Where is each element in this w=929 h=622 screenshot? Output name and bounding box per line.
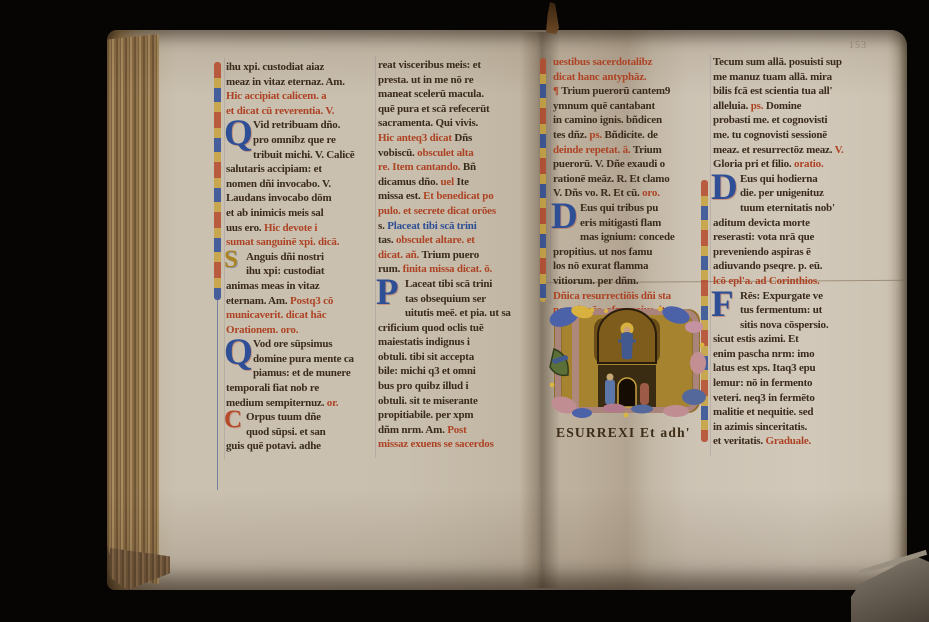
bookmark-ribbon xyxy=(546,2,559,34)
text-line: missaz exuens se sacerdos xyxy=(378,437,526,452)
text-line: vitiorum. per dñm. xyxy=(553,274,705,289)
body-text: dicamus dño. xyxy=(378,176,441,188)
text-line: eternam. Am. Postq3 cō xyxy=(226,294,374,309)
body-text: die. per unigenituz xyxy=(740,187,824,199)
page-number: 153 xyxy=(849,40,867,51)
rubric-text: ¶ xyxy=(553,85,561,97)
illuminated-initial-D: D xyxy=(711,168,738,208)
body-text: Trium puero xyxy=(421,249,479,261)
right-page-column-2: Tecum sum allā. posuisti supme manuz tua… xyxy=(713,55,865,449)
body-text: presta. ut in me nō re xyxy=(378,74,473,86)
body-text: eternam. Am. xyxy=(226,295,290,307)
body-text: temporali fiat nob re xyxy=(226,382,319,394)
text-line: uus ero. Hic devote i xyxy=(226,221,374,236)
illuminated-initial-S: S xyxy=(224,246,238,274)
body-text: malitie et nequitie. sed xyxy=(713,406,813,418)
illuminated-initial-Q: Q xyxy=(224,114,253,154)
body-text: Placeat tibi scā trini xyxy=(387,220,476,232)
body-text: veteri. neq3 in fermēto xyxy=(713,392,815,404)
rubric-text: or. xyxy=(327,397,339,409)
text-line: meaz. et resurrectōz meaz. V. xyxy=(713,143,865,158)
text-line: propitius. ut nos famu xyxy=(553,245,705,260)
text-line: aditum devicta morte xyxy=(713,216,865,231)
text-line: veteri. neq3 in fermēto xyxy=(713,391,865,406)
body-text: preveniendo aspiras ē xyxy=(713,246,811,258)
rubric-text: obsculet altare. et xyxy=(396,234,475,246)
body-text: s. xyxy=(378,220,387,232)
body-text: tes dñz. xyxy=(553,129,589,141)
body-text: dñm nrm. Am. xyxy=(378,424,447,436)
illuminated-initial-D: D xyxy=(551,197,578,237)
text-line: Hic anteq3 dicat Dñs xyxy=(378,131,526,146)
body-text: adiuvando pseqre. p. eū. xyxy=(713,260,822,272)
text-line: reserasti: vota nrā que xyxy=(713,230,865,245)
rubric-text: re. Item cantando. xyxy=(378,161,463,173)
text-line: tes dñz. ps. Bñdicite. de xyxy=(553,128,705,143)
body-text: Eus qui tribus pu xyxy=(580,202,658,214)
resurrection-miniature-icon xyxy=(548,305,706,419)
text-line: ihu xpi: custodiat xyxy=(226,264,374,279)
text-line: temporali fiat nob re xyxy=(226,381,374,396)
rubric-text: Hic anteq3 dicat xyxy=(378,132,454,144)
body-text: reserasti: vota nrā que xyxy=(713,231,814,243)
rubric-text: Postq3 cō xyxy=(290,295,333,307)
text-line: animas meas in vitaz xyxy=(226,279,374,294)
rubric-text: Et benedicat po xyxy=(423,190,493,202)
text-line: vobiscū. obsculet alta xyxy=(378,146,526,161)
page-edges-stack xyxy=(107,34,159,584)
text-line: nomen dñi invocabo. V. xyxy=(226,177,374,192)
text-line: rum. finita missa dicat. ō. xyxy=(378,262,526,277)
rubric-text: uestibus sacerdotalibz xyxy=(553,56,652,68)
body-text: Eus qui hodierna xyxy=(740,173,818,185)
body-text: aditum devicta morte xyxy=(713,217,810,229)
text-line: preveniendo aspiras ē xyxy=(713,245,865,260)
text-line: Orpus tuum dñe xyxy=(226,410,374,425)
rubric-text: V. xyxy=(835,144,844,156)
text-line: tus fermentum: ut xyxy=(713,303,865,318)
body-text: guis quē potavi. adhe xyxy=(226,440,321,452)
text-line: pulo. et secrete dicat orōes xyxy=(378,204,526,219)
body-text: piamus: et de munere xyxy=(253,367,351,379)
body-text: sacramenta. Qui vivis. xyxy=(378,117,478,129)
body-text: salutaris accipiam: et xyxy=(226,163,322,175)
text-line: in azimis sinceritatis. xyxy=(713,420,865,435)
text-line: salutaris accipiam: et xyxy=(226,162,374,177)
body-text: eris mitigasti flam xyxy=(580,217,661,229)
body-text: Bñ xyxy=(463,161,476,173)
body-text: crificium quod oclis tuē xyxy=(378,322,484,334)
rubric-text: uel xyxy=(441,176,457,188)
text-line: puerorū. V. Dñe exaudi o xyxy=(553,157,705,172)
text-line: me manuz tuam allā. mira xyxy=(713,70,865,85)
resurrection-miniature xyxy=(548,305,706,419)
text-line: Dñica resurrectiōis dñi sta xyxy=(553,289,705,304)
rubric-text: Graduale. xyxy=(765,435,811,447)
rubric-text: dicat hanc antyphāz. xyxy=(553,71,647,83)
body-text: Laceat tibi scā trini xyxy=(405,278,492,290)
body-text: tas. xyxy=(378,234,396,246)
text-line: bilis fcā est scientia tua all' xyxy=(713,84,865,99)
body-text: Trium puerorū cantem9 xyxy=(561,85,670,97)
body-text: probasti me. et cognovisti xyxy=(713,114,827,126)
text-line: municaverit. dicat hāc xyxy=(226,308,374,323)
text-line: missa est. Et benedicat po xyxy=(378,189,526,204)
body-text: me manuz tuam allā. mira xyxy=(713,71,832,83)
rubric-text: Dñica resurrectiōis dñi sta xyxy=(553,290,671,302)
body-text: pro omnibz que re xyxy=(253,134,336,146)
text-line: ymnum quē cantabant xyxy=(553,99,705,114)
body-text: los nō exurat flamma xyxy=(553,260,648,272)
body-text: ihu xpi: custodiat xyxy=(246,265,324,277)
text-line: presta. ut in me nō re xyxy=(378,73,526,88)
text-line: meaz in vitaz eternaz. Am. xyxy=(226,75,374,90)
ruling-line xyxy=(710,54,711,456)
text-line: alleluia. ps. Domine xyxy=(713,99,865,114)
body-text: me. tu cognovisti sessionē xyxy=(713,129,827,141)
text-line: obtuli. tibi sit accepta xyxy=(378,350,526,365)
photograph-background: 153 ihu xpi. custodiat aiazmeaz in vitaz… xyxy=(0,0,929,622)
body-text: Trium xyxy=(633,144,662,156)
text-line: Laceat tibi scā trini xyxy=(378,277,526,292)
rubric-text: Post xyxy=(447,424,466,436)
body-text: puerorū. V. Dñe exaudi o xyxy=(553,158,665,170)
text-line: dicamus dño. uel Ite xyxy=(378,175,526,190)
body-text: bilis fcā est scientia tua all' xyxy=(713,85,832,97)
text-line: quē pura et scā refecerūt xyxy=(378,102,526,117)
left-page-column-2: reat visceribus meis: etpresta. ut in me… xyxy=(378,58,526,452)
text-line: uitutis meē. et pia. ut sa xyxy=(378,306,526,321)
text-line: lcō epl'a. ad Corinthios. xyxy=(713,274,865,289)
ruling-line xyxy=(375,56,376,458)
text-line: Rēs: Expurgate ve xyxy=(713,289,865,304)
text-line: et veritatis. Graduale. xyxy=(713,434,865,449)
body-text: quod sūpsi. et san xyxy=(246,426,326,438)
body-text: et ab inimicis meis sal xyxy=(226,207,323,219)
body-text: meaz. et resurrectōz meaz. xyxy=(713,144,835,156)
rubric-text: ps. xyxy=(589,129,604,141)
body-text: bile: michi q3 et omni xyxy=(378,365,476,377)
text-line: ¶ Trium puerorū cantem9 xyxy=(553,84,705,99)
body-text: vitiorum. per dñm. xyxy=(553,275,638,287)
body-text: Vod ore sūpsimus xyxy=(253,338,332,350)
text-line: tas obsequium ser xyxy=(378,292,526,307)
body-text: Ite xyxy=(457,176,469,188)
rubric-text: municaverit. dicat hāc xyxy=(226,309,326,321)
illuminated-initial-P: P xyxy=(376,273,398,313)
body-text: Laudans invocabo dōm xyxy=(226,192,331,204)
ornament-bar-icon xyxy=(214,62,221,300)
text-line: sitis nova cōspersio. xyxy=(713,318,865,333)
body-text: missa est. xyxy=(378,190,423,202)
text-line: Anguis dñi nostri xyxy=(226,250,374,265)
text-line: tas. obsculet altare. et xyxy=(378,233,526,248)
rubric-text: dicat. añ. xyxy=(378,249,421,261)
text-line: sacramenta. Qui vivis. xyxy=(378,116,526,131)
ornament-bar-icon xyxy=(540,58,546,302)
body-text: tribuit michi. V. Calicē xyxy=(253,149,354,161)
text-line: re. Item cantando. Bñ xyxy=(378,160,526,175)
body-text: Rēs: Expurgate ve xyxy=(740,290,823,302)
text-line: dicat. añ. Trium puero xyxy=(378,248,526,263)
text-line: latus est xps. Itaq3 epu xyxy=(713,361,865,376)
body-text: bus pro quibz illud i xyxy=(378,380,468,392)
body-text: in camino ignis. bñdicen xyxy=(553,114,662,126)
body-text: nomen dñi invocabo. V. xyxy=(226,178,331,190)
body-text: domine pura mente ca xyxy=(253,353,354,365)
rubric-text: finita missa dicat. ō. xyxy=(403,263,492,275)
text-line: bus pro quibz illud i xyxy=(378,379,526,394)
text-line: los nō exurat flamma xyxy=(553,259,705,274)
text-line: propitiabile. per xpm xyxy=(378,408,526,423)
body-text: maiestatis indignus i xyxy=(378,336,470,348)
body-text: enim pascha nrm: imo xyxy=(713,348,814,360)
text-line: rationē meāz. R. Et clamo xyxy=(553,172,705,187)
body-text: Anguis dñi nostri xyxy=(246,251,324,263)
body-text: in azimis sinceritatis. xyxy=(713,421,807,433)
rubric-text: Hic devote i xyxy=(264,222,317,234)
text-line: deinde repetat. ā. Trium xyxy=(553,143,705,158)
rubric-text: sumat sanguinē xpi. dicā. xyxy=(226,236,339,248)
text-line: crificium quod oclis tuē xyxy=(378,321,526,336)
body-text: tus fermentum: ut xyxy=(740,304,822,316)
text-line: Tecum sum allā. posuisti sup xyxy=(713,55,865,70)
text-line: maneat scelerū macula. xyxy=(378,87,526,102)
ornament-tail-icon xyxy=(217,300,218,490)
body-text: mas ignium: concede xyxy=(580,231,675,243)
text-line: quod sūpsi. et san xyxy=(226,425,374,440)
illuminated-initial-Q: Q xyxy=(224,333,253,373)
text-line: et ab inimicis meis sal xyxy=(226,206,374,221)
text-line: enim pascha nrm: imo xyxy=(713,347,865,362)
illuminated-initial-F: F xyxy=(711,285,733,325)
body-text: meaz in vitaz eternaz. Am. xyxy=(226,76,345,88)
text-line: sumat sanguinē xpi. dicā. xyxy=(226,235,374,250)
body-text: Domine xyxy=(766,100,801,112)
text-line: me. tu cognovisti sessionē xyxy=(713,128,865,143)
body-text: propitiabile. per xpm xyxy=(378,409,473,421)
text-line: lemur: nō in fermento xyxy=(713,376,865,391)
text-line: ihu xpi. custodiat aiaz xyxy=(226,60,374,75)
body-text: Vid retribuam dño. xyxy=(253,119,340,131)
text-line: s. Placeat tibi scā trini xyxy=(378,219,526,234)
body-text: Dñs xyxy=(454,132,472,144)
body-text: propitius. ut nos famu xyxy=(553,246,652,258)
text-line: Hic accipiat calicem. a xyxy=(226,89,374,104)
body-text: maneat scelerū macula. xyxy=(378,88,484,100)
rubric-text: oro. xyxy=(642,187,660,199)
body-text: sicut estis azimi. Et xyxy=(713,333,799,345)
body-text: quē pura et scā refecerūt xyxy=(378,103,489,115)
right-page-column-1: uestibus sacerdotalibzdicat hanc antyphā… xyxy=(553,55,705,318)
rubric-text: oratio. xyxy=(794,158,823,170)
body-text: obtuli. sit te miserante xyxy=(378,395,478,407)
body-text: Orpus tuum dñe xyxy=(246,411,321,423)
rubric-text: obsculet alta xyxy=(417,147,473,159)
text-line: in camino ignis. bñdicen xyxy=(553,113,705,128)
body-text: ihu xpi. custodiat aiaz xyxy=(226,61,324,73)
text-line: reat visceribus meis: et xyxy=(378,58,526,73)
body-text: obtuli. tibi sit accepta xyxy=(378,351,474,363)
incipit-display-line: ESURREXI Et adh' xyxy=(556,425,691,441)
body-text: alleluia. xyxy=(713,100,751,112)
text-line: bile: michi q3 et omni xyxy=(378,364,526,379)
text-line: Laudans invocabo dōm xyxy=(226,191,374,206)
illuminated-initial-C: C xyxy=(224,406,242,434)
text-line: malitie et nequitie. sed xyxy=(713,405,865,420)
text-line: obtuli. sit te miserante xyxy=(378,394,526,409)
body-text: Tecum sum allā. posuisti sup xyxy=(713,56,842,68)
text-line: dicat hanc antyphāz. xyxy=(553,70,705,85)
body-text: uus ero. xyxy=(226,222,264,234)
ruling-line xyxy=(550,54,551,304)
text-line: dñm nrm. Am. Post xyxy=(378,423,526,438)
body-text: latus est xps. Itaq3 epu xyxy=(713,362,815,374)
text-line: guis quē potavi. adhe xyxy=(226,439,374,454)
text-line: adiuvando pseqre. p. eū. xyxy=(713,259,865,274)
body-text: et veritatis. xyxy=(713,435,765,447)
rubric-text: deinde repetat. ā. xyxy=(553,144,633,156)
body-text: vobiscū. xyxy=(378,147,417,159)
body-text: Bñdicite. de xyxy=(605,129,658,141)
rubric-text: missaz exuens se sacerdos xyxy=(378,438,494,450)
text-line: uestibus sacerdotalibz xyxy=(553,55,705,70)
body-text: ymnum quē cantabant xyxy=(553,100,655,112)
rubric-text: ps. xyxy=(751,100,766,112)
body-text: rationē meāz. R. Et clamo xyxy=(553,173,670,185)
body-text: sitis nova cōspersio. xyxy=(740,319,828,331)
text-line: sicut estis azimi. Et xyxy=(713,332,865,347)
rubric-text: pulo. et secrete dicat orōes xyxy=(378,205,496,217)
text-line: medium sempiternuz. or. xyxy=(226,396,374,411)
body-text: reat visceribus meis: et xyxy=(378,59,481,71)
body-text: lemur: nō in fermento xyxy=(713,377,812,389)
body-text: tas obsequium ser xyxy=(405,293,486,305)
left-page-column-1: ihu xpi. custodiat aiazmeaz in vitaz ete… xyxy=(226,60,374,454)
body-text: tuum eternitatis nob' xyxy=(740,202,835,214)
text-line: probasti me. et cognovisti xyxy=(713,113,865,128)
body-text: animas meas in vitaz xyxy=(226,280,319,292)
body-text: uitutis meē. et pia. ut sa xyxy=(405,307,511,319)
text-line: maiestatis indignus i xyxy=(378,335,526,350)
rubric-text: Hic accipiat calicem. a xyxy=(226,90,326,102)
